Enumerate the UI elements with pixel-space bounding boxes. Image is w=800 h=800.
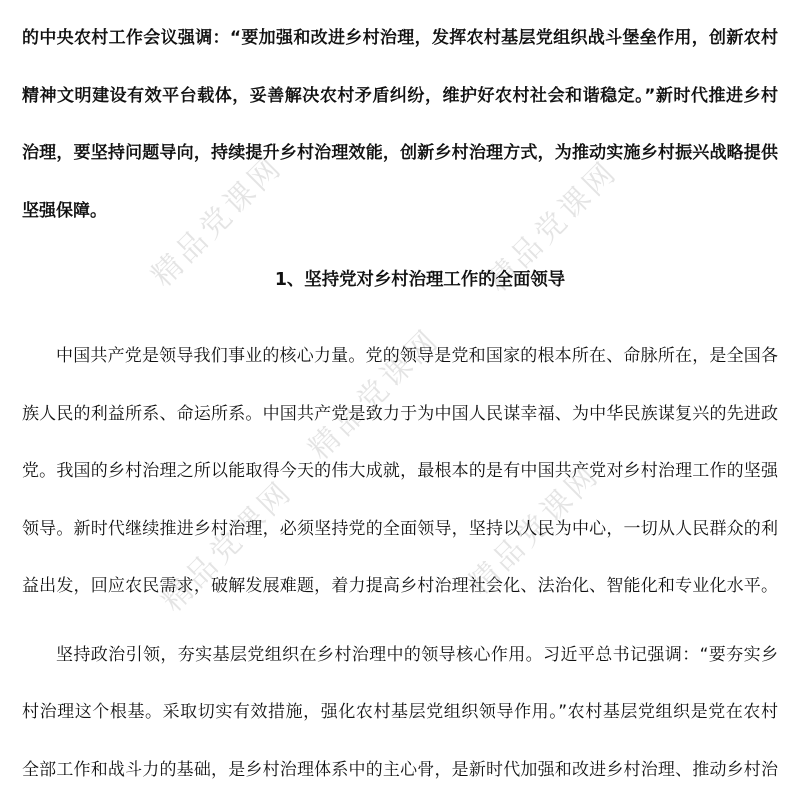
text-line: 族人民的利益所系、命运所系。中国共产党是致力于为中国人民谋幸福、为中华民族谋复兴…	[22, 386, 778, 444]
text-line: 中国共产党是领导我们事业的核心力量。党的领导是党和国家的根本所在、命脉所在，是全…	[22, 328, 778, 386]
text-line: 领导。新时代继续推进乡村治理，必须坚持党的全面领导，坚持以人民为中心，一切从人民…	[22, 501, 778, 559]
text-line: 坚强保障。	[22, 183, 778, 241]
text-line: 精神文明建设有效平台载体，妥善解决农村矛盾纠纷，维护好农村社会和谐稳定。”新时代…	[22, 68, 778, 126]
paragraph-party-leadership: 中国共产党是领导我们事业的核心力量。党的领导是党和国家的根本所在、命脉所在，是全…	[22, 328, 778, 616]
document-content: 的中央农村工作会议强调：“要加强和改进乡村治理，发挥农村基层党组织战斗堡垒作用，…	[22, 0, 778, 799]
text-line: 村治理这个根基。采取切实有效措施，强化农村基层党组织领导作用。”农村基层党组织是…	[22, 684, 778, 742]
document-page: 精品党课网 精品党课网 精品党课网 精品党课网 精品党课网 的中央农村工作会议强…	[0, 0, 800, 800]
paragraph-political-guidance: 坚持政治引领，夯实基层党组织在乡村治理中的领导核心作用。习近平总书记强调：“要夯…	[22, 627, 778, 800]
text-line: 坚持政治引领，夯实基层党组织在乡村治理中的领导核心作用。习近平总书记强调：“要夯…	[22, 627, 778, 685]
text-line: 治理，要坚持问题导向，持续提升乡村治理效能，创新乡村治理方式，为推动实施乡村振兴…	[22, 125, 778, 183]
text-line: 全部工作和战斗力的基础，是乡村治理体系中的主心骨，是新时代加强和改进乡村治理、推…	[22, 742, 778, 800]
text-line: 党。我国的乡村治理之所以能取得今天的伟大成就，最根本的是有中国共产党对乡村治理工…	[22, 443, 778, 501]
section-heading: 1、坚持党对乡村治理工作的全面领导	[42, 252, 798, 310]
paragraph-opening: 的中央农村工作会议强调：“要加强和改进乡村治理，发挥农村基层党组织战斗堡垒作用，…	[22, 10, 778, 240]
text-line: 的中央农村工作会议强调：“要加强和改进乡村治理，发挥农村基层党组织战斗堡垒作用，…	[22, 10, 778, 68]
text-line: 益出发，回应农民需求，破解发展难题，着力提高乡村治理社会化、法治化、智能化和专业…	[22, 558, 778, 616]
